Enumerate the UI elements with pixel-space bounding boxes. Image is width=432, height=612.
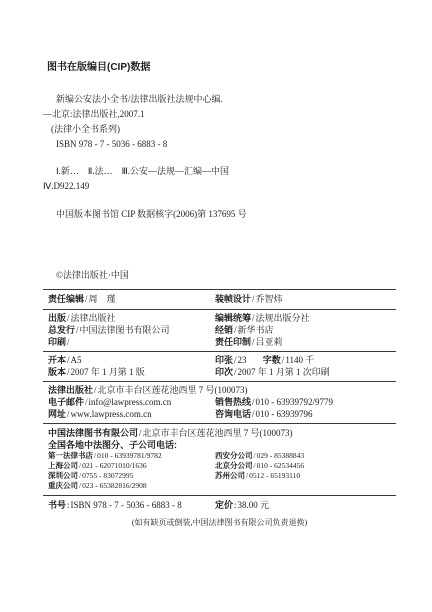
field-book-number: 书号:ISBN 978 - 7 - 5036 - 6883 - 8: [48, 499, 215, 511]
copyright-page: 图书在版编目(CIP)数据 新编公安法小全书/法律出版社法规中心编. —北京:法…: [0, 0, 432, 612]
branches-header-label: 全国各地中法图分、子公司电话:: [48, 440, 177, 450]
coordinator-label: 编辑统筹: [215, 313, 251, 323]
seller-label: 经销: [215, 325, 233, 335]
branch-label: 第一法律书店: [48, 451, 93, 460]
printer-label: 印刷: [48, 337, 66, 347]
field-print-supervisor: 责任印制/吕亚莉: [215, 336, 396, 348]
seller-value: 新华书店: [238, 325, 274, 335]
copyright-line: ©法律出版社·中国: [56, 268, 396, 283]
field-sheets-words: 印张/23 字数/1140 千: [215, 354, 396, 366]
field-hotline: 销售热线/010 - 63939792/9779: [215, 396, 396, 408]
field-seller: 经销/新华书店: [215, 324, 396, 336]
classification-line-1: Ⅰ.新… Ⅱ.法… Ⅲ.公安—法规—汇编—中国: [56, 164, 396, 179]
cip-title-line: 新编公安法小全书/法律出版社法规中心编.: [56, 92, 396, 107]
company-address-value: 北京市丰台区莲花池西里 7 号(100073): [143, 428, 293, 438]
branch-shanghai: 上海公司/021 - 62071010/1636: [48, 461, 215, 471]
row-printer-supervisor: 印刷/ 责任印制/吕亚莉: [43, 336, 396, 348]
price-label: 定价: [215, 500, 233, 510]
cip-publisher-line: —北京:法律出版社,2007.1: [43, 107, 396, 122]
row-editor-designer: 责任编辑/周 瑾 装帧设计/乔智炜: [43, 293, 396, 305]
distributor-value: 中国法律图书有限公司: [80, 325, 170, 335]
designer-value: 乔智炜: [256, 294, 283, 304]
row-publisher-coordinator: 出版/法律出版社 编辑统筹/法规出版分社: [43, 312, 396, 324]
branch-label: 深圳公司: [48, 471, 78, 480]
inquiry-label: 咨询电话: [215, 409, 251, 419]
row-company-address: 中国法律图书有限公司/北京市丰台区莲花池西里 7 号(100073): [43, 427, 396, 439]
branch-shenzhen: 深圳公司/0755 - 83072995: [48, 471, 215, 481]
branch-label: 北京分公司: [215, 461, 253, 470]
email-label: 电子邮件: [48, 397, 84, 407]
branch-phone: 010 - 62534456: [257, 461, 305, 470]
branch-label: 重庆公司: [48, 481, 78, 490]
field-impression: 印次/2007 年 1 月第 1 次印刷: [215, 366, 396, 378]
separator: /: [66, 337, 71, 347]
row-distributor-seller: 总发行/中国法律图书有限公司 经销/新华书店: [43, 324, 396, 336]
field-website: 网址/www.lawpress.com.cn: [48, 408, 215, 420]
sheets-value: 23: [238, 355, 247, 365]
distributor-label: 总发行: [48, 325, 75, 335]
responsible-editor-label: 责任编辑: [48, 294, 84, 304]
words-label: 字数: [263, 355, 281, 365]
branch-label: 西安分公司: [215, 451, 253, 460]
field-words: 字数/1140 千: [263, 355, 314, 365]
book-number-value: ISBN 978 - 7 - 5036 - 6883 - 8: [71, 500, 182, 510]
designer-label: 装帧设计: [215, 294, 251, 304]
classification-line-2: Ⅳ.D922.149: [43, 179, 396, 194]
words-value: 1140 千: [285, 355, 314, 365]
section-isbn-price: 书号:ISBN 978 - 7 - 5036 - 6883 - 8 定价:38.…: [43, 495, 396, 511]
cip-isbn-line: ISBN 978 - 7 - 5036 - 6883 - 8: [56, 137, 396, 152]
row-branch-4: 重庆公司/023 - 65382816/2908: [43, 481, 396, 491]
publisher-label: 出版: [48, 313, 66, 323]
website-label: 网址: [48, 409, 66, 419]
hotline-label: 销售热线: [215, 397, 251, 407]
cip-block: 新编公安法小全书/法律出版社法规中心编. —北京:法律出版社,2007.1 (法…: [43, 92, 396, 152]
cip-header: 图书在版编目(CIP)数据: [47, 62, 396, 74]
email-value: info@lawpress.com.cn: [89, 397, 172, 407]
row-press-address: 法律出版社/北京市丰台区莲花池西里 7 号(100073): [43, 384, 396, 396]
row-branch-2: 上海公司/021 - 62071010/1636 北京分公司/010 - 625…: [43, 461, 396, 471]
branch-phone-list: 第一法律书店/010 - 63939781/9782 西安分公司/029 - 8…: [43, 451, 396, 491]
defect-exchange-note: (如有缺页或倒装,中国法律图书有限公司负责退换): [43, 517, 396, 529]
print-supervisor-value: 吕亚莉: [256, 337, 283, 347]
section-press-contact: 法律出版社/北京市丰台区莲花池西里 7 号(100073) 电子邮件/info@…: [43, 381, 396, 423]
field-size: 开本/A5: [48, 354, 215, 366]
branch-empty: [215, 481, 396, 491]
field-inquiry: 咨询电话/010 - 63939796: [215, 408, 396, 420]
hotline-value: 010 - 63939792/9779: [256, 397, 334, 407]
field-printer: 印刷/: [48, 336, 215, 348]
branch-phone: 029 - 85388843: [257, 451, 305, 460]
branch-beijing: 北京分公司/010 - 62534456: [215, 461, 396, 471]
book-number-label: 书号: [48, 500, 66, 510]
field-distributor: 总发行/中国法律图书有限公司: [48, 324, 215, 336]
size-label: 开本: [48, 355, 66, 365]
row-size-sheets-words: 开本/A5 印张/23 字数/1140 千: [43, 354, 396, 366]
row-branches-header: 全国各地中法图分、子公司电话:: [43, 439, 396, 451]
branch-phone: 0755 - 83072995: [82, 471, 133, 480]
impression-label: 印次: [215, 367, 233, 377]
edition-label: 版本: [48, 367, 66, 377]
field-coordinator: 编辑统筹/法规出版分社: [215, 312, 396, 324]
field-price: 定价:38.00 元: [215, 499, 396, 511]
size-value: A5: [71, 355, 82, 365]
row-branch-1: 第一法律书店/010 - 63939781/9782 西安分公司/029 - 8…: [43, 451, 396, 461]
publisher-value: 法律出版社: [71, 313, 116, 323]
section-staff: 责任编辑/周 瑾 装帧设计/乔智炜: [43, 289, 396, 309]
coordinator-value: 法规出版分社: [256, 313, 310, 323]
section-company: 中国法律图书有限公司/北京市丰台区莲花池西里 7 号(100073) 全国各地中…: [43, 423, 396, 495]
cip-classification: Ⅰ.新… Ⅱ.法… Ⅲ.公安—法规—汇编—中国 Ⅳ.D922.149: [43, 164, 396, 194]
row-website-inquiry: 网址/www.lawpress.com.cn 咨询电话/010 - 639397…: [43, 408, 396, 420]
branch-chongqing: 重庆公司/023 - 65382816/2908: [48, 481, 215, 491]
field-designer: 装帧设计/乔智炜: [215, 293, 396, 305]
branch-suzhou: 苏州公司/0512 - 65193110: [215, 471, 396, 481]
row-email-hotline: 电子邮件/info@lawpress.com.cn 销售热线/010 - 639…: [43, 396, 396, 408]
company-name-label: 中国法律图书有限公司: [48, 428, 138, 438]
branch-label: 苏州公司: [215, 471, 245, 480]
print-supervisor-label: 责任印制: [215, 337, 251, 347]
sheets-label: 印张: [215, 355, 233, 365]
row-isbn-price: 书号:ISBN 978 - 7 - 5036 - 6883 - 8 定价:38.…: [43, 499, 396, 511]
field-sheets: 印张/23: [215, 355, 247, 365]
field-responsible-editor: 责任编辑/周 瑾: [48, 293, 215, 305]
branch-phone: 010 - 63939781/9782: [97, 451, 162, 460]
row-edition-impression: 版本/2007 年 1 月第 1 版 印次/2007 年 1 月第 1 次印刷: [43, 366, 396, 378]
section-format: 开本/A5 印张/23 字数/1140 千 版本/2007 年 1 月第 1 版…: [43, 351, 396, 381]
website-value: www.lawpress.com.cn: [71, 409, 152, 419]
impression-value: 2007 年 1 月第 1 次印刷: [238, 367, 330, 377]
cip-record-number: 中国版本图书馆 CIP 数据核字(2006)第 137695 号: [56, 207, 396, 222]
row-branch-3: 深圳公司/0755 - 83072995 苏州公司/0512 - 6519311…: [43, 471, 396, 481]
cip-series-line: (法律小全书系列): [51, 122, 396, 137]
section-publishing: 出版/法律出版社 编辑统筹/法规出版分社 总发行/中国法律图书有限公司 经销/新…: [43, 309, 396, 351]
branch-xian: 西安分公司/029 - 85388843: [215, 451, 396, 461]
press-address-value: 北京市丰台区莲花池西里 7 号(100073): [98, 385, 248, 395]
branch-first-law-bookstore: 第一法律书店/010 - 63939781/9782: [48, 451, 215, 461]
branch-phone: 023 - 65382816/2908: [82, 481, 147, 490]
branch-phone: 0512 - 65193110: [249, 471, 300, 480]
field-email: 电子邮件/info@lawpress.com.cn: [48, 396, 215, 408]
field-edition: 版本/2007 年 1 月第 1 版: [48, 366, 215, 378]
press-name-label: 法律出版社: [48, 385, 93, 395]
responsible-editor-value: 周 瑾: [89, 294, 116, 304]
field-publisher: 出版/法律出版社: [48, 312, 215, 324]
inquiry-value: 010 - 63939796: [256, 409, 313, 419]
branch-phone: 021 - 62071010/1636: [82, 461, 147, 470]
branch-label: 上海公司: [48, 461, 78, 470]
edition-value: 2007 年 1 月第 1 版: [71, 367, 145, 377]
price-value: 38.00 元: [238, 500, 270, 510]
